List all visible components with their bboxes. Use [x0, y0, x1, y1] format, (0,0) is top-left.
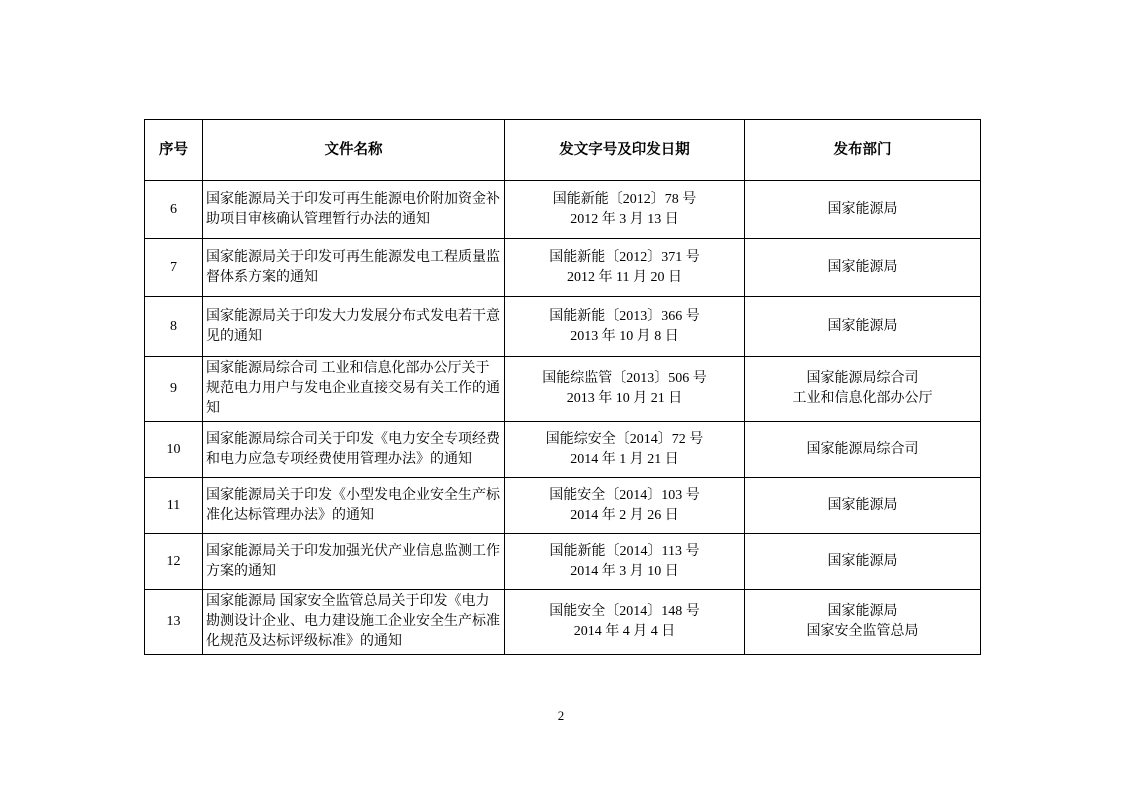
department-name: 国家能源局 — [748, 552, 977, 572]
department-cell: 国家能源局国家安全监管总局 — [745, 590, 981, 655]
row-index-cell: 11 — [145, 478, 203, 534]
table-row: 11国家能源局关于印发《小型发电企业安全生产标准化达标管理办法》的通知国能安全〔… — [145, 478, 981, 534]
document-number-date-cell: 国能新能〔2012〕371 号2012 年 11 月 20 日 — [505, 239, 745, 297]
document-date: 2012 年 3 月 13 日 — [508, 210, 741, 230]
document-number: 国能新能〔2012〕371 号 — [508, 248, 741, 268]
document-name-cell: 国家能源局综合司 工业和信息化部办公厅关于规范电力用户与发电企业直接交易有关工作… — [203, 357, 505, 422]
department-name: 国家能源局综合司 — [748, 369, 977, 389]
document-number-date-cell: 国能综安全〔2014〕72 号2014 年 1 月 21 日 — [505, 422, 745, 478]
header-cell-docnum-date: 发文字号及印发日期 — [505, 120, 745, 181]
document-number-date-cell: 国能新能〔2012〕78 号2012 年 3 月 13 日 — [505, 181, 745, 239]
document-date: 2014 年 4 月 4 日 — [508, 622, 741, 642]
document-number: 国能安全〔2014〕148 号 — [508, 602, 741, 622]
table-row: 7国家能源局关于印发可再生能源发电工程质量监督体系方案的通知国能新能〔2012〕… — [145, 239, 981, 297]
document-number-date-cell: 国能新能〔2014〕113 号2014 年 3 月 10 日 — [505, 534, 745, 590]
document-page: 序号 文件名称 发文字号及印发日期 发布部门 6国家能源局关于印发可再生能源电价… — [0, 0, 1122, 793]
header-cell-filename: 文件名称 — [203, 120, 505, 181]
department-name: 国家能源局 — [748, 496, 977, 516]
document-number: 国能新能〔2012〕78 号 — [508, 190, 741, 210]
document-number-date-cell: 国能综监管〔2013〕506 号2013 年 10 月 21 日 — [505, 357, 745, 422]
document-date: 2013 年 10 月 21 日 — [508, 389, 741, 409]
table-row: 12国家能源局关于印发加强光伏产业信息监测工作方案的通知国能新能〔2014〕11… — [145, 534, 981, 590]
document-name-cell: 国家能源局关于印发大力发展分布式发电若干意见的通知 — [203, 297, 505, 357]
department-name: 国家能源局 — [748, 258, 977, 278]
document-number-date-cell: 国能安全〔2014〕148 号2014 年 4 月 4 日 — [505, 590, 745, 655]
document-name-cell: 国家能源局关于印发加强光伏产业信息监测工作方案的通知 — [203, 534, 505, 590]
table-row: 8国家能源局关于印发大力发展分布式发电若干意见的通知国能新能〔2013〕366 … — [145, 297, 981, 357]
row-index-cell: 6 — [145, 181, 203, 239]
document-number-date-cell: 国能安全〔2014〕103 号2014 年 2 月 26 日 — [505, 478, 745, 534]
document-name-cell: 国家能源局关于印发可再生能源电价附加资金补助项目审核确认管理暂行办法的通知 — [203, 181, 505, 239]
department-name: 国家安全监管总局 — [748, 622, 977, 642]
document-number: 国能综安全〔2014〕72 号 — [508, 430, 741, 450]
department-name: 国家能源局 — [748, 317, 977, 337]
department-name: 国家能源局综合司 — [748, 440, 977, 460]
table-row: 6国家能源局关于印发可再生能源电价附加资金补助项目审核确认管理暂行办法的通知国能… — [145, 181, 981, 239]
document-date: 2014 年 1 月 21 日 — [508, 450, 741, 470]
table-header-row: 序号 文件名称 发文字号及印发日期 发布部门 — [145, 120, 981, 181]
header-cell-department: 发布部门 — [745, 120, 981, 181]
row-index-cell: 10 — [145, 422, 203, 478]
department-cell: 国家能源局 — [745, 297, 981, 357]
document-date: 2014 年 3 月 10 日 — [508, 562, 741, 582]
document-name-cell: 国家能源局关于印发可再生能源发电工程质量监督体系方案的通知 — [203, 239, 505, 297]
table-row: 10国家能源局综合司关于印发《电力安全专项经费和电力应急专项经费使用管理办法》的… — [145, 422, 981, 478]
header-cell-index: 序号 — [145, 120, 203, 181]
document-name-cell: 国家能源局综合司关于印发《电力安全专项经费和电力应急专项经费使用管理办法》的通知 — [203, 422, 505, 478]
row-index-cell: 12 — [145, 534, 203, 590]
document-number: 国能安全〔2014〕103 号 — [508, 486, 741, 506]
department-cell: 国家能源局 — [745, 181, 981, 239]
document-name-cell: 国家能源局 国家安全监管总局关于印发《电力勘测设计企业、电力建设施工企业安全生产… — [203, 590, 505, 655]
documents-table: 序号 文件名称 发文字号及印发日期 发布部门 6国家能源局关于印发可再生能源电价… — [144, 119, 981, 655]
department-name: 工业和信息化部办公厅 — [748, 389, 977, 409]
document-date: 2012 年 11 月 20 日 — [508, 268, 741, 288]
document-date: 2013 年 10 月 8 日 — [508, 327, 741, 347]
row-index-cell: 13 — [145, 590, 203, 655]
document-number: 国能新能〔2013〕366 号 — [508, 307, 741, 327]
document-number: 国能综监管〔2013〕506 号 — [508, 369, 741, 389]
table-row: 9国家能源局综合司 工业和信息化部办公厅关于规范电力用户与发电企业直接交易有关工… — [145, 357, 981, 422]
department-cell: 国家能源局 — [745, 478, 981, 534]
department-cell: 国家能源局综合司工业和信息化部办公厅 — [745, 357, 981, 422]
department-name: 国家能源局 — [748, 200, 977, 220]
row-index-cell: 9 — [145, 357, 203, 422]
document-number-date-cell: 国能新能〔2013〕366 号2013 年 10 月 8 日 — [505, 297, 745, 357]
department-cell: 国家能源局综合司 — [745, 422, 981, 478]
document-date: 2014 年 2 月 26 日 — [508, 506, 741, 526]
department-cell: 国家能源局 — [745, 534, 981, 590]
row-index-cell: 8 — [145, 297, 203, 357]
table-row: 13国家能源局 国家安全监管总局关于印发《电力勘测设计企业、电力建设施工企业安全… — [145, 590, 981, 655]
document-name-cell: 国家能源局关于印发《小型发电企业安全生产标准化达标管理办法》的通知 — [203, 478, 505, 534]
page-number: 2 — [0, 707, 1122, 725]
document-number: 国能新能〔2014〕113 号 — [508, 542, 741, 562]
department-cell: 国家能源局 — [745, 239, 981, 297]
department-name: 国家能源局 — [748, 602, 977, 622]
row-index-cell: 7 — [145, 239, 203, 297]
